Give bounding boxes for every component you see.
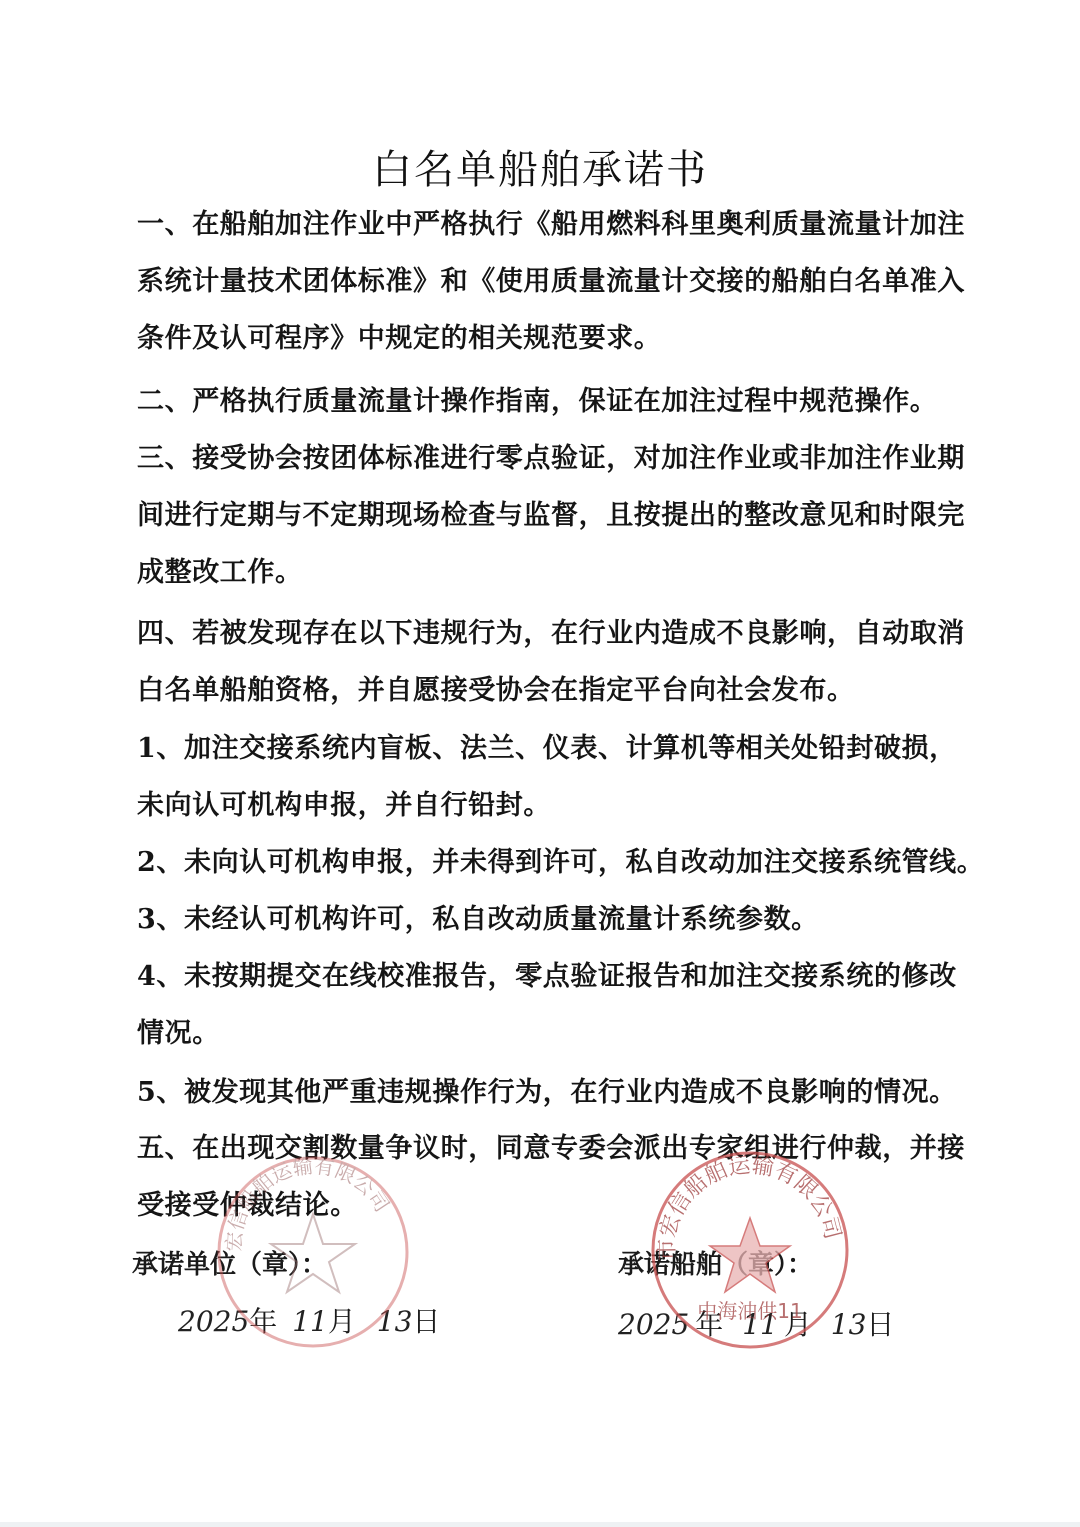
document-title: 白名单船舶承诺书 xyxy=(0,138,1080,195)
unit-date-month: 11 xyxy=(292,1305,328,1338)
document-page: 白名单船舶承诺书 一、在船舶加注作业中严格执行《船用燃料科里奥利质量流量计加注 … xyxy=(0,0,1080,1527)
month-unit: 月 xyxy=(328,1305,356,1338)
ship-date-month: 11 xyxy=(742,1308,778,1341)
body-line: 四、若被发现存在以下违规行为，在行业内造成不良影响，自动取消 xyxy=(137,616,965,652)
body-line: 1、加注交接系统内盲板、法兰、仪表、计算机等相关处铅封破损， xyxy=(137,731,957,767)
body-line: 一、在船舶加注作业中严格执行《船用燃料科里奥利质量流量计加注 xyxy=(137,207,965,243)
body-line: 未向认可机构申报，并自行铅封。 xyxy=(137,788,551,824)
body-line: 条件及认可程序》中规定的相关规范要求。 xyxy=(137,321,661,357)
ship-signature-label: 承诺船舶（章）： xyxy=(618,1244,813,1281)
ship-date-year: 2025 xyxy=(618,1308,689,1341)
body-line: 三、接受协会按团体标准进行零点验证，对加注作业或非加注作业期 xyxy=(137,441,965,477)
ship-date-day: 13 xyxy=(831,1308,867,1341)
day-unit: 日 xyxy=(866,1308,894,1341)
page-bottom-edge xyxy=(0,1522,1080,1527)
body-line: 成整改工作。 xyxy=(137,555,303,591)
body-line: 白名单船舶资格，并自愿接受协会在指定平台向社会发布。 xyxy=(137,673,855,709)
body-line: 间进行定期与不定期现场检查与监督，且按提出的整改意见和时限完 xyxy=(137,498,965,534)
year-unit: 年 xyxy=(695,1308,723,1341)
year-unit: 年 xyxy=(249,1305,277,1338)
ship-signature-date: 2025年 11月 13日 xyxy=(618,1303,894,1343)
body-line: 情况。 xyxy=(137,1016,220,1052)
body-line: 4、未按期提交在线校准报告，零点验证报告和加注交接系统的修改 xyxy=(137,959,957,995)
day-unit: 日 xyxy=(412,1305,440,1338)
body-line: 5、被发现其他严重违规操作行为，在行业内造成不良影响的情况。 xyxy=(137,1075,957,1111)
month-unit: 月 xyxy=(784,1308,812,1341)
body-line: 系统计量技术团体标准》和《使用质量流量计交接的船舶白名单准入 xyxy=(137,264,965,300)
unit-date-year: 2025 xyxy=(178,1305,249,1338)
unit-signature-label: 承诺单位（章）： xyxy=(132,1244,327,1281)
body-line: 二、严格执行质量流量计操作指南，保证在加注过程中规范操作。 xyxy=(137,384,937,420)
body-line: 3、未经认可机构许可，私自改动质量流量计系统参数。 xyxy=(137,902,819,938)
unit-signature-date: 2025年 11月 13日 xyxy=(178,1300,440,1340)
body-line: 2、未向认可机构申报，并未得到许可，私自改动加注交接系统管线。 xyxy=(137,845,984,881)
body-line: 五、在出现交割数量争议时，同意专委会派出专家组进行仲裁，并接 xyxy=(137,1131,965,1167)
body-line: 受接受仲裁结论。 xyxy=(137,1188,358,1224)
unit-date-day: 13 xyxy=(377,1305,413,1338)
